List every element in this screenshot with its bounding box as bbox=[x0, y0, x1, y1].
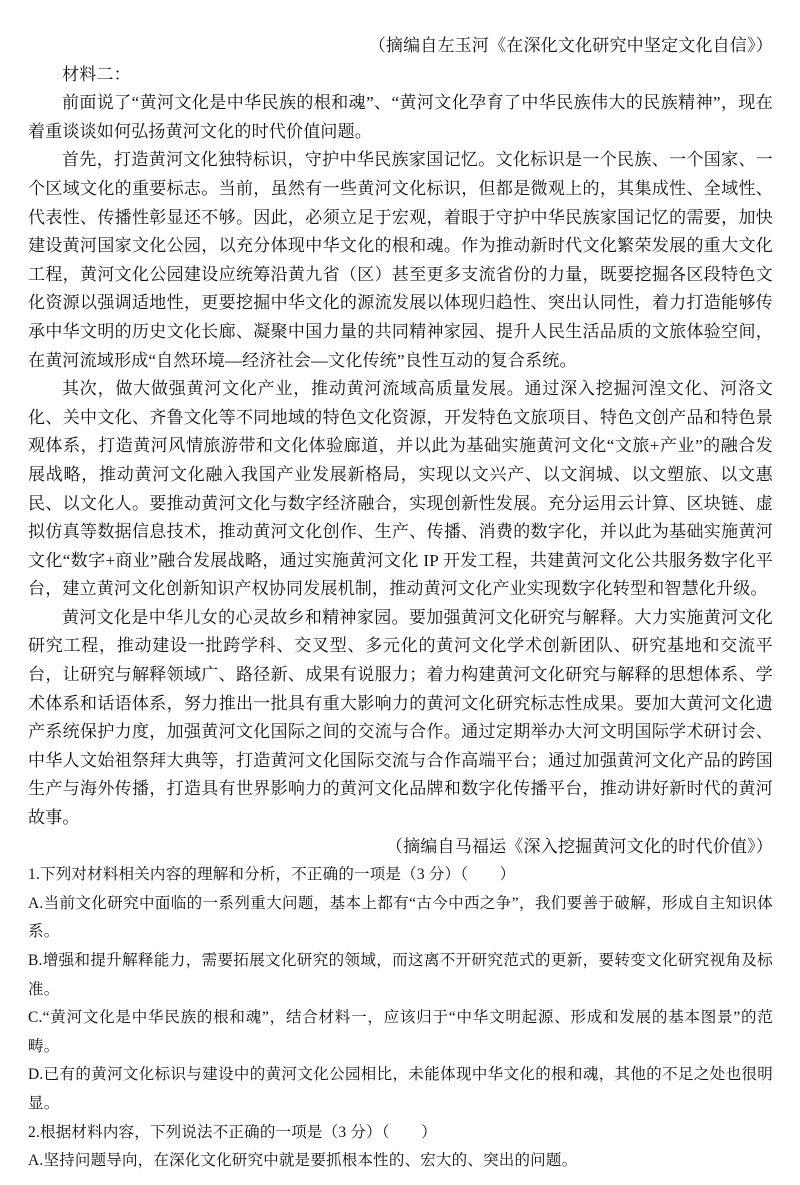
question-2-stem: 2.根据材料内容，下列说法不正确的一项是（3 分）（ ） bbox=[28, 1119, 773, 1148]
material-label: 材料二： bbox=[28, 61, 773, 90]
source-note-bottom: （摘编自马福运《深入挖掘黄河文化的时代价值》） bbox=[28, 833, 773, 862]
question-1-option-b: B.增强和提升解释能力，需要拓展文化研究的领域，而这离不开研究范式的更新，要转变… bbox=[28, 947, 773, 1004]
passage-paragraph-2: 首先，打造黄河文化独特标识，守护中华民族家国记忆。文化标识是一个民族、一个国家、… bbox=[28, 146, 773, 375]
question-2-option-a: A.坚持问题导向，在深化文化研究中就是要抓根本性的、宏大的、突出的问题。 bbox=[28, 1147, 773, 1176]
question-1-option-d: D.已有的黄河文化标识与建设中的黄河文化公园相比，未能体现中华文化的根和魂，其他… bbox=[28, 1061, 773, 1118]
exam-page: （摘编自左玉河《在深化文化研究中坚定文化自信》） 材料二： 前面说了“黄河文化是… bbox=[0, 0, 800, 1185]
reading-passage: （摘编自左玉河《在深化文化研究中坚定文化自信》） 材料二： 前面说了“黄河文化是… bbox=[28, 32, 773, 861]
question-1-option-a: A.当前文化研究中面临的一系列重大问题，基本上都有“古今中西之争”，我们要善于破… bbox=[28, 890, 773, 947]
question-1-option-c: C.“黄河文化是中华民族的根和魂”，结合材料一，应该归于“中华文明起源、形成和发… bbox=[28, 1004, 773, 1061]
passage-paragraph-4: 黄河文化是中华儿女的心灵故乡和精神家园。要加强黄河文化研究与解释。大力实施黄河文… bbox=[28, 604, 773, 833]
passage-paragraph-1: 前面说了“黄河文化是中华民族的根和魂”、“黄河文化孕育了中华民族伟大的民族精神”… bbox=[28, 89, 773, 146]
source-note-top: （摘编自左玉河《在深化文化研究中坚定文化自信》） bbox=[28, 32, 773, 61]
questions-section: 1.下列对材料相关内容的理解和分析，不正确的一项是（3 分）（ ） A.当前文化… bbox=[28, 861, 773, 1176]
question-1-stem: 1.下列对材料相关内容的理解和分析，不正确的一项是（3 分）（ ） bbox=[28, 861, 773, 890]
passage-paragraph-3: 其次，做大做强黄河文化产业，推动黄河流域高质量发展。通过深入挖掘河湟文化、河洛文… bbox=[28, 375, 773, 604]
